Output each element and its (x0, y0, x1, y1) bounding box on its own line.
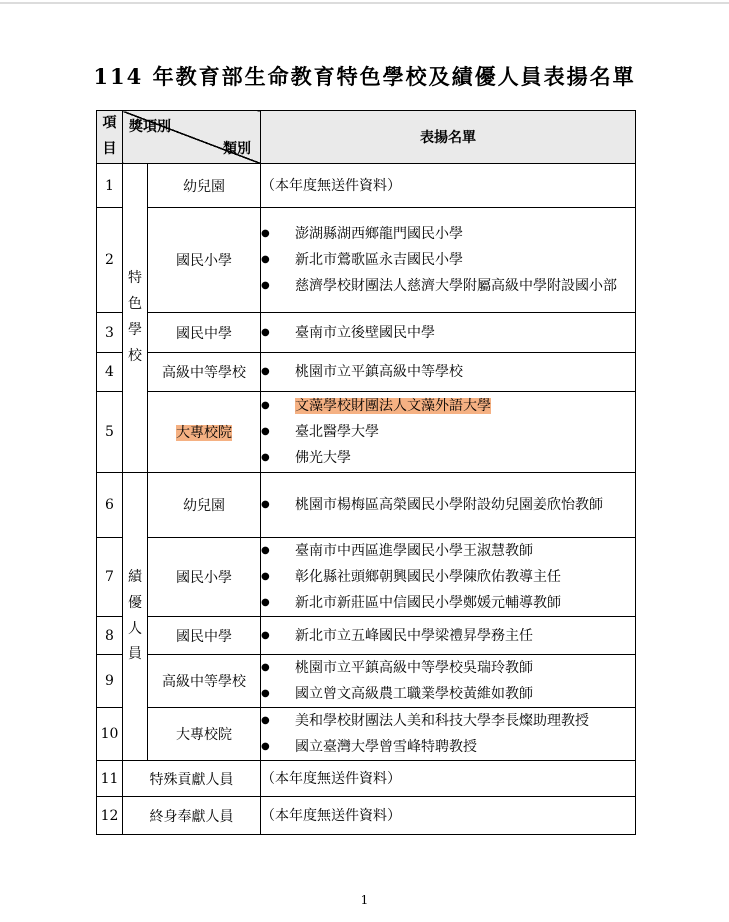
bullet-icon: ● (261, 320, 295, 346)
list-item: ●新北市立五峰國民中學梁禮昇學務主任 (261, 623, 635, 649)
list-item: ●澎湖縣湖西鄉龍門國民小學 (261, 221, 635, 247)
bullet-icon: ● (261, 492, 295, 518)
honor-list-cell: ●美和學校財團法人美和科技大學李長燦助理教授 ●國立臺灣大學曾雪峰特聘教授 (261, 708, 636, 761)
item-no-cell: 6 (97, 473, 123, 538)
group-featured-schools-label: 特色學校 (127, 266, 142, 370)
table-row-12: 12 終身奉獻人員 （本年度無送件資料） (97, 797, 636, 835)
header-item-no-cell: 項目 (97, 111, 123, 164)
bullet-icon: ● (261, 623, 295, 649)
bullet-icon: ● (261, 708, 295, 734)
list-item-text: 桃園市立平鎮高級中等學校 (295, 364, 463, 380)
bullet-icon: ● (261, 247, 295, 273)
group-outstanding-personnel-label: 績優人員 (127, 565, 142, 669)
category-cell: 國民小學 (148, 538, 261, 617)
header-item-no-label: 項目 (102, 111, 117, 163)
list-item-text: 新北市立五峰國民中學梁禮昇學務主任 (295, 628, 533, 644)
honor-list-cell: ●桃園市立平鎮高級中等學校 (261, 353, 636, 392)
no-submission-note: （本年度無送件資料） (261, 767, 401, 791)
list-item-text: 新北市鶯歌區永吉國民小學 (295, 252, 463, 268)
category-cell: 高級中等學校 (148, 655, 261, 708)
table-row-2: 2 國民小學 ●澎湖縣湖西鄉龍門國民小學 ●新北市鶯歌區永吉國民小學 ●慈濟學校… (97, 208, 636, 313)
list-item-text: 桃園市立平鎮高級中等學校吳瑞玲教師 (295, 660, 533, 676)
table-row-1: 1 特色學校 幼兒園 （本年度無送件資料） (97, 164, 636, 208)
list-item: ●新北市新莊區中信國民小學鄭媛元輔導教師 (261, 590, 635, 616)
bullet-icon: ● (261, 419, 295, 445)
list-item: ●臺南市立後壁國民中學 (261, 320, 635, 346)
no-submission-note: （本年度無送件資料） (261, 174, 401, 198)
page-top-edge-line (0, 2, 729, 4)
bullet-icon: ● (261, 359, 295, 385)
honor-list-cell: （本年度無送件資料） (261, 164, 636, 208)
category-cell: 大專校院 (148, 392, 261, 473)
list-item: ●國立曾文高級農工職業學校黃維如教師 (261, 681, 635, 707)
list-item-text-highlighted: 文藻學校財團法人文藻外語大學 (295, 398, 491, 414)
list-item-text: 國立臺灣大學曾雪峰特聘教授 (295, 739, 477, 755)
list-item: ●彰化縣社頭鄉朝興國民小學陳欣佑教導主任 (261, 564, 635, 590)
category-cell: 高級中等學校 (148, 353, 261, 392)
category-cell: 終身奉獻人員 (123, 797, 261, 835)
list-item: ●臺南市中西區進學國民小學王淑慧教師 (261, 538, 635, 564)
item-no-cell: 4 (97, 353, 123, 392)
honor-list-cell: ●新北市立五峰國民中學梁禮昇學務主任 (261, 617, 636, 655)
list-item-text: 美和學校財團法人美和科技大學李長燦助理教授 (295, 713, 589, 729)
group-cell-featured-schools: 特色學校 (123, 164, 148, 473)
list-item-text: 彰化縣社頭鄉朝興國民小學陳欣佑教導主任 (295, 569, 561, 585)
item-no-cell: 5 (97, 392, 123, 473)
list-item: ●桃園市楊梅區高榮國民小學附設幼兒園姜欣怡教師 (261, 492, 635, 518)
item-no-cell: 2 (97, 208, 123, 313)
table-row-5: 5 大專校院 ●文藻學校財團法人文藻外語大學 ●臺北醫學大學 ●佛光大學 (97, 392, 636, 473)
honor-list-cell: （本年度無送件資料） (261, 797, 636, 835)
category-cell: 國民中學 (148, 313, 261, 353)
header-category-label: 類別 (223, 138, 251, 158)
list-item-text: 臺南市立後壁國民中學 (295, 325, 435, 341)
bullet-icon: ● (261, 590, 295, 616)
list-item-text: 桃園市楊梅區高榮國民小學附設幼兒園姜欣怡教師 (295, 497, 603, 513)
list-item: ●新北市鶯歌區永吉國民小學 (261, 247, 635, 273)
table-row-4: 4 高級中等學校 ●桃園市立平鎮高級中等學校 (97, 353, 636, 392)
category-cell: 幼兒園 (148, 164, 261, 208)
table-row-9: 9 高級中等學校 ●桃園市立平鎮高級中等學校吳瑞玲教師 ●國立曾文高級農工職業學… (97, 655, 636, 708)
item-no-cell: 7 (97, 538, 123, 617)
table-row-8: 8 國民中學 ●新北市立五峰國民中學梁禮昇學務主任 (97, 617, 636, 655)
honor-list-cell: （本年度無送件資料） (261, 761, 636, 797)
category-cell: 國民中學 (148, 617, 261, 655)
item-no-cell: 10 (97, 708, 123, 761)
bullet-icon: ● (261, 681, 295, 707)
honor-list-cell: ●臺南市立後壁國民中學 (261, 313, 636, 353)
header-honor-list-label: 表揚名單 (420, 130, 476, 146)
item-no-cell: 11 (97, 761, 123, 797)
honor-list-cell: ●文藻學校財團法人文藻外語大學 ●臺北醫學大學 ●佛光大學 (261, 392, 636, 473)
list-item: ●臺北醫學大學 (261, 419, 635, 445)
list-item-text: 臺北醫學大學 (295, 424, 379, 440)
list-item: ●桃園市立平鎮高級中等學校吳瑞玲教師 (261, 655, 635, 681)
page-number: 1 (0, 893, 729, 907)
header-award-type-label: 獎項別 (129, 116, 171, 136)
item-no-cell: 1 (97, 164, 123, 208)
list-item: ●美和學校財團法人美和科技大學李長燦助理教授 (261, 708, 635, 734)
bullet-icon: ● (261, 564, 295, 590)
bullet-icon: ● (261, 445, 295, 471)
item-no-cell: 3 (97, 313, 123, 353)
table-row-6: 6 績優人員 幼兒園 ●桃園市楊梅區高榮國民小學附設幼兒園姜欣怡教師 (97, 473, 636, 538)
group-cell-outstanding-personnel: 績優人員 (123, 473, 148, 761)
list-item: ●佛光大學 (261, 445, 635, 471)
list-item: ●文藻學校財團法人文藻外語大學 (261, 393, 635, 419)
bullet-icon: ● (261, 273, 295, 299)
category-highlighted-label: 大專校院 (176, 425, 232, 441)
header-honor-list-cell: 表揚名單 (261, 111, 636, 164)
category-cell: 幼兒園 (148, 473, 261, 538)
category-cell: 大專校院 (148, 708, 261, 761)
item-no-cell: 8 (97, 617, 123, 655)
bullet-icon: ● (261, 655, 295, 681)
bullet-icon: ● (261, 221, 295, 247)
honor-list-cell: ●桃園市楊梅區高榮國民小學附設幼兒園姜欣怡教師 (261, 473, 636, 538)
category-cell: 特殊貢獻人員 (123, 761, 261, 797)
table-row-7: 7 國民小學 ●臺南市中西區進學國民小學王淑慧教師 ●彰化縣社頭鄉朝興國民小學陳… (97, 538, 636, 617)
item-no-cell: 12 (97, 797, 123, 835)
list-item-text: 澎湖縣湖西鄉龍門國民小學 (295, 226, 463, 242)
table-row-10: 10 大專校院 ●美和學校財團法人美和科技大學李長燦助理教授 ●國立臺灣大學曾雪… (97, 708, 636, 761)
list-item-text: 新北市新莊區中信國民小學鄭媛元輔導教師 (295, 595, 561, 611)
honor-list-cell: ●澎湖縣湖西鄉龍門國民小學 ●新北市鶯歌區永吉國民小學 ●慈濟學校財團法人慈濟大… (261, 208, 636, 313)
no-submission-note: （本年度無送件資料） (261, 804, 401, 828)
list-item-text: 國立曾文高級農工職業學校黃維如教師 (295, 686, 533, 702)
header-diagonal-cell: 獎項別 類別 (123, 111, 261, 164)
table-header-row: 項目 獎項別 類別 表揚名單 (97, 111, 636, 164)
list-item-text: 慈濟學校財團法人慈濟大學附屬高級中學附設國小部 (295, 278, 617, 294)
list-item: ●慈濟學校財團法人慈濟大學附屬高級中學附設國小部 (261, 273, 635, 299)
bullet-icon: ● (261, 734, 295, 760)
recognition-table: 項目 獎項別 類別 表揚名單 1 特色學校 幼兒園 （本年度無送件資料） 2 國… (96, 110, 636, 835)
bullet-icon: ● (261, 393, 295, 419)
table-row-11: 11 特殊貢獻人員 （本年度無送件資料） (97, 761, 636, 797)
honor-list-cell: ●臺南市中西區進學國民小學王淑慧教師 ●彰化縣社頭鄉朝興國民小學陳欣佑教導主任 … (261, 538, 636, 617)
page-title: 114 年教育部生命教育特色學校及績優人員表揚名單 (0, 61, 729, 91)
list-item-text: 臺南市中西區進學國民小學王淑慧教師 (295, 543, 533, 559)
honor-list-cell: ●桃園市立平鎮高級中等學校吳瑞玲教師 ●國立曾文高級農工職業學校黃維如教師 (261, 655, 636, 708)
list-item: ●國立臺灣大學曾雪峰特聘教授 (261, 734, 635, 760)
category-cell: 國民小學 (148, 208, 261, 313)
item-no-cell: 9 (97, 655, 123, 708)
list-item-text: 佛光大學 (295, 450, 351, 466)
list-item: ●桃園市立平鎮高級中等學校 (261, 359, 635, 385)
bullet-icon: ● (261, 538, 295, 564)
table-row-3: 3 國民中學 ●臺南市立後壁國民中學 (97, 313, 636, 353)
